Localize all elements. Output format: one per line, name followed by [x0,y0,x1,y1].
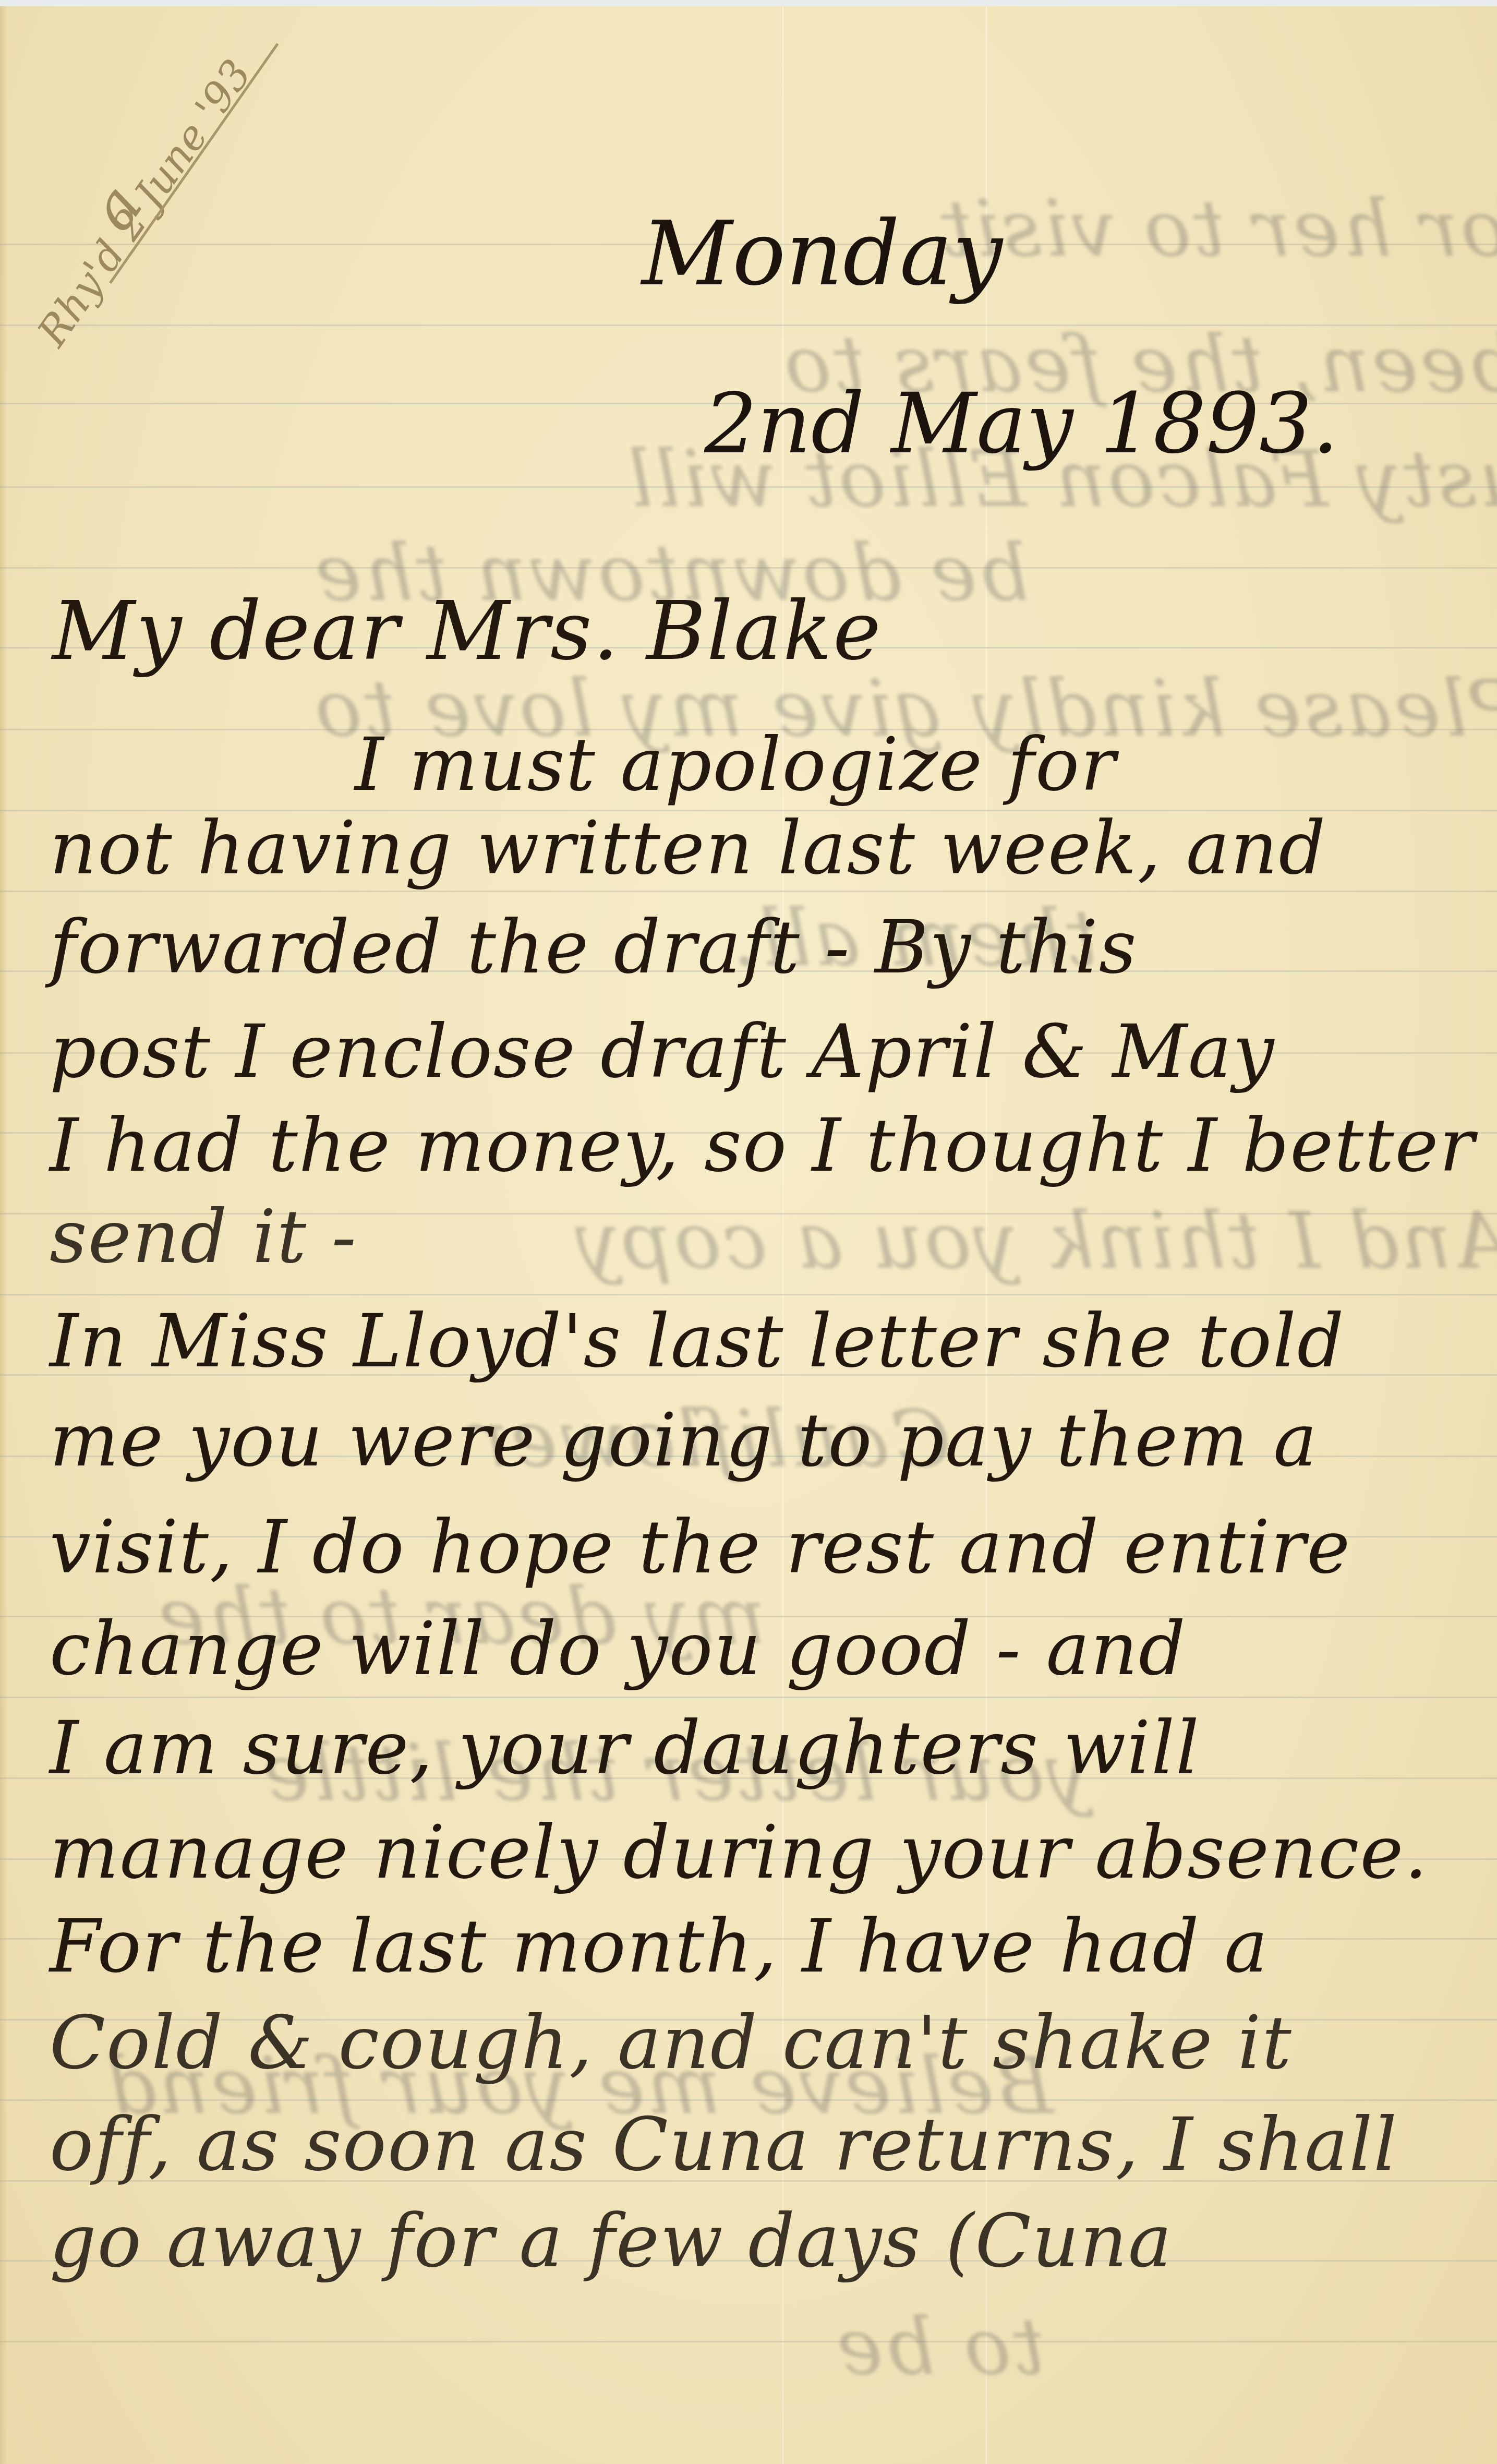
salutation: My dear Mrs. Blake [52,591,882,671]
letter-line: off, as soon as Cuna returns, I shall [50,2109,1398,2182]
letter-line: manage nicely during your absence. [50,1817,1429,1890]
bleed-through-text: And I think you a copy [574,1196,1497,1287]
letter-line: me you were going to pay them a [50,1404,1318,1477]
ruled-line [0,1697,1497,1698]
letter-line: go away for a few days (Cuna [50,2205,1173,2278]
letter-line: For the last month, I have had a [50,1910,1269,1984]
letter-line: post I enclose draft April & May [50,1016,1275,1089]
letter-line: In Miss Lloyd's last letter she told [50,1305,1345,1378]
letter-line: Cold & cough, and can't shake it [50,2007,1293,2080]
received-annotation: a Rhy'd 2 June '93 [31,53,258,353]
letter-line: I must apologize for [355,729,1116,802]
heading-date: 2nd May 1893. [704,382,1339,465]
bleed-through-text: for her to visit [939,184,1497,274]
letter-line: I am sure, your daughters will [50,1712,1200,1785]
letter-line: not having written last week, and [50,812,1326,885]
annotation-slash [109,43,279,284]
heading-day: Monday [642,210,1003,298]
letter-line: forwarded the draft - By this [50,911,1138,984]
letter-line: I had the money, so I thought I better [50,1110,1475,1183]
letter-line: visit, I do hope the rest and entire [50,1511,1351,1584]
ruled-line [0,1294,1497,1295]
letter-page: for her to visit has been, the fears to … [0,6,1497,2464]
paper-edge [0,6,7,2464]
ruled-line [0,2341,1497,2342]
letter-line: send it - [50,1201,357,1274]
letter-line: change will do you good - and [50,1613,1187,1686]
bleed-through-text: to be [835,2302,1045,2393]
